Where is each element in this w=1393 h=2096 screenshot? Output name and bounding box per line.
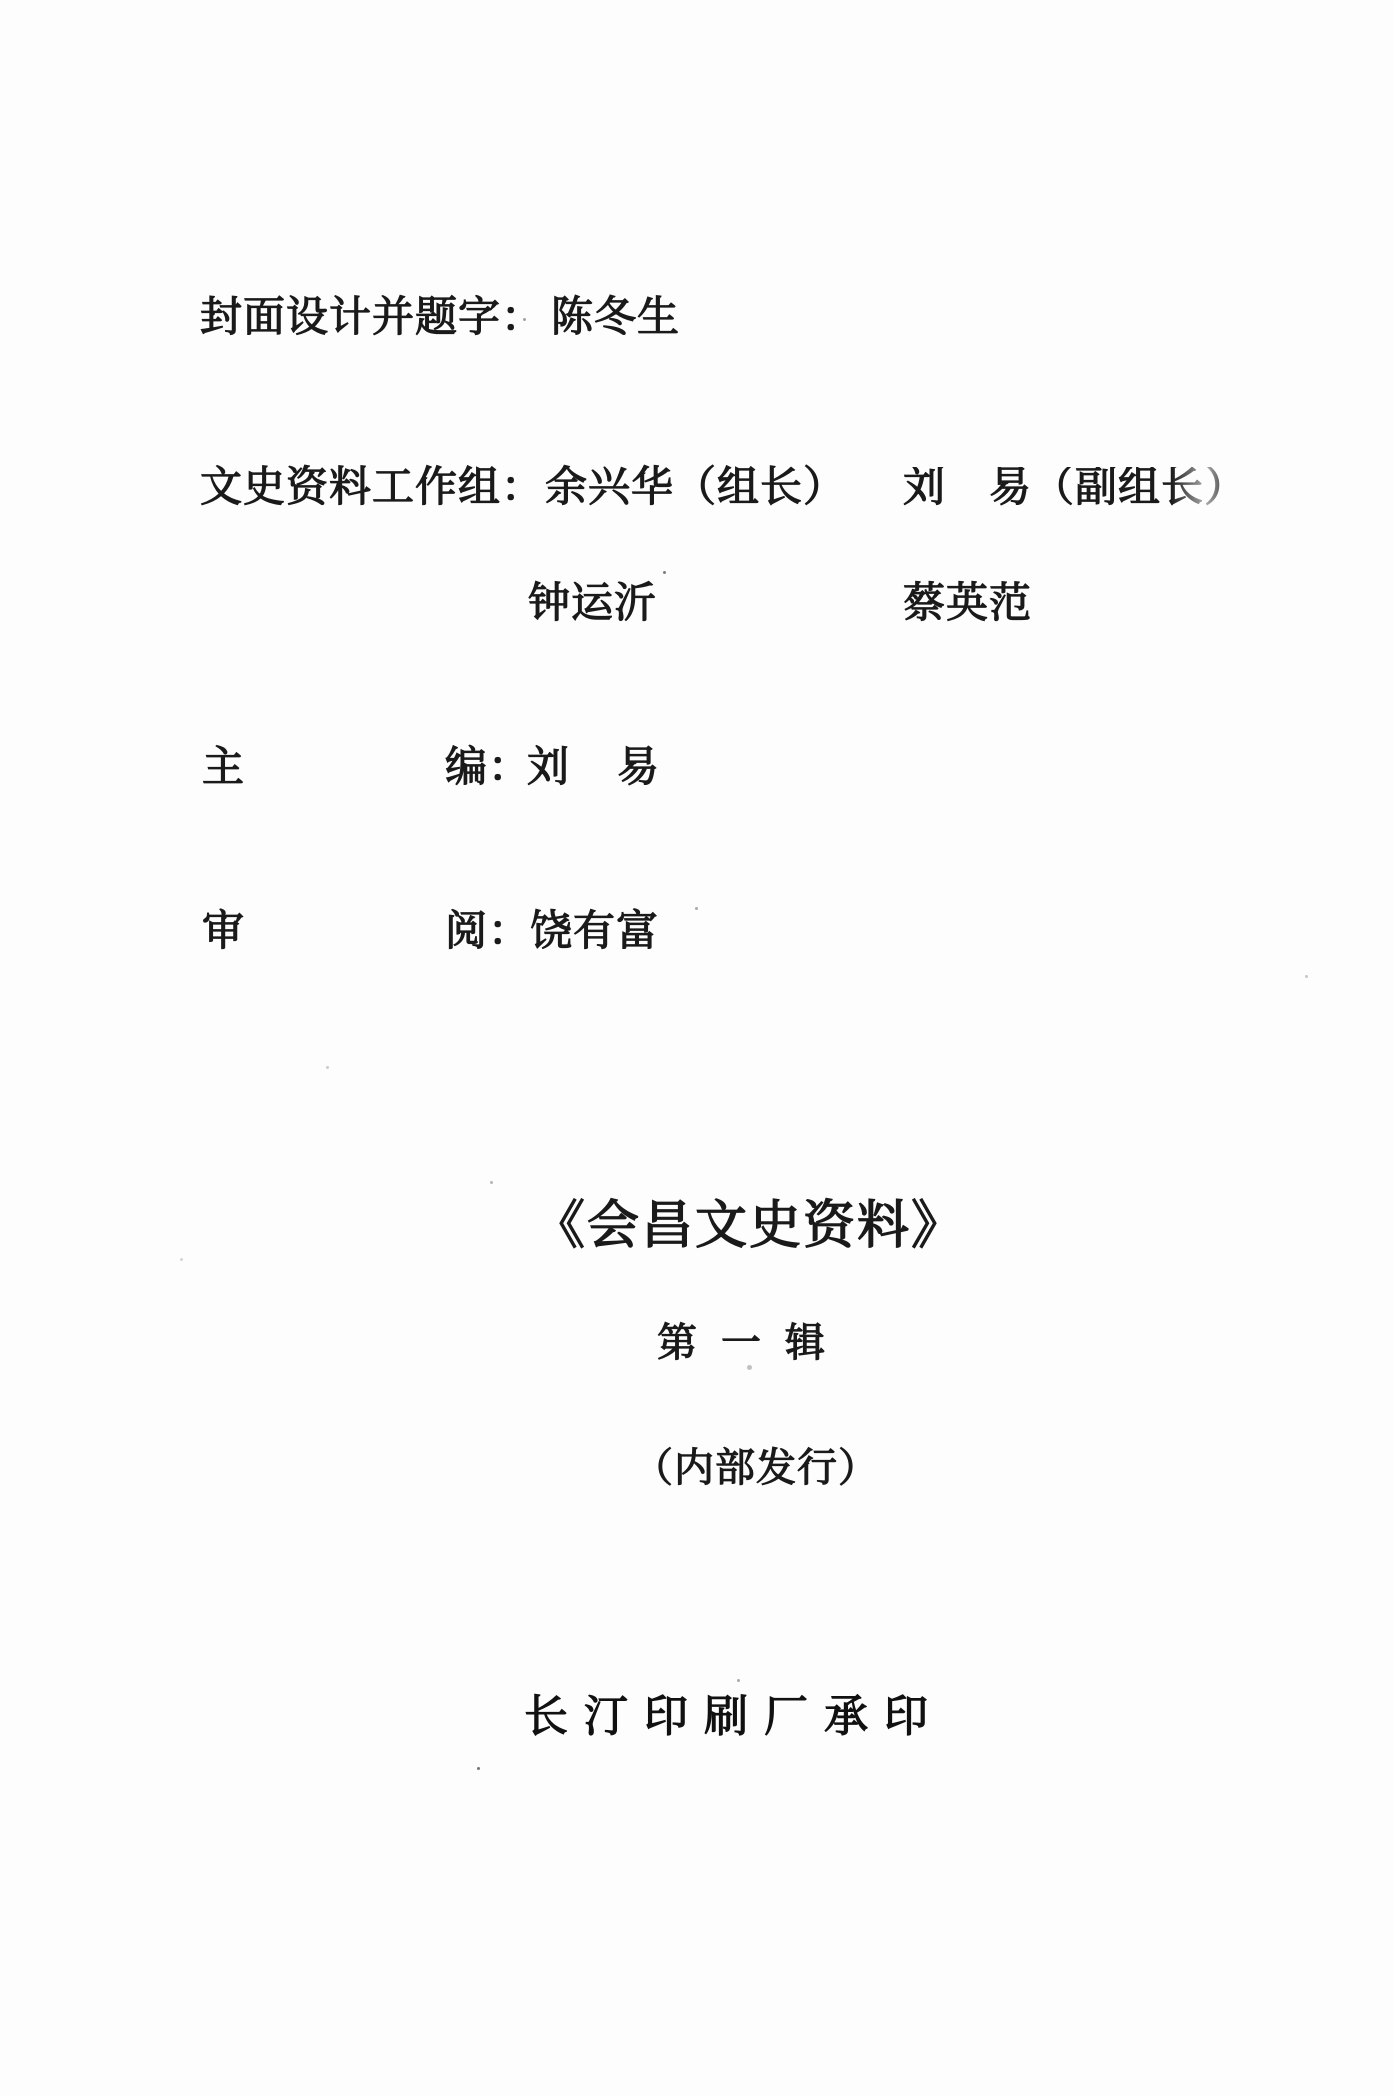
- book-title: 《会昌文史资料》: [533, 1201, 965, 1253]
- workgroup-label: 文史资料工作组：: [200, 467, 544, 509]
- workgroup-member-1: 钟运沂: [528, 583, 657, 625]
- internal-distribution-note: （内部发行）: [633, 1448, 879, 1488]
- cover-design-label: 封面设计并题字：: [200, 297, 544, 339]
- chief-editor-name: 刘 易: [527, 747, 662, 789]
- scan-speck-noise: [0, 0, 3, 3]
- reviewer-name: 饶有富: [530, 911, 659, 953]
- volume-number: 第一辑: [657, 1323, 849, 1363]
- chief-editor-label-colon: 编：: [445, 747, 531, 789]
- workgroup-member-2: 蔡英范: [903, 583, 1032, 625]
- printer-line: 长汀印刷厂承印: [524, 1695, 944, 1739]
- reviewer-label-colon: 阅：: [445, 911, 531, 953]
- scanned-colophon-page: 封面设计并题字： 陈冬生 文史资料工作组： 余兴华（组长） 刘 易（副组长） 钟…: [0, 0, 1393, 2096]
- chief-editor-label-left: 主: [202, 747, 245, 789]
- workgroup-leader: 余兴华（组长）: [545, 467, 846, 509]
- reviewer-label-left: 审: [202, 911, 245, 953]
- cover-design-name: 陈冬生: [551, 297, 680, 339]
- workgroup-deputy-leader: 刘 易（副组长）: [903, 467, 1247, 509]
